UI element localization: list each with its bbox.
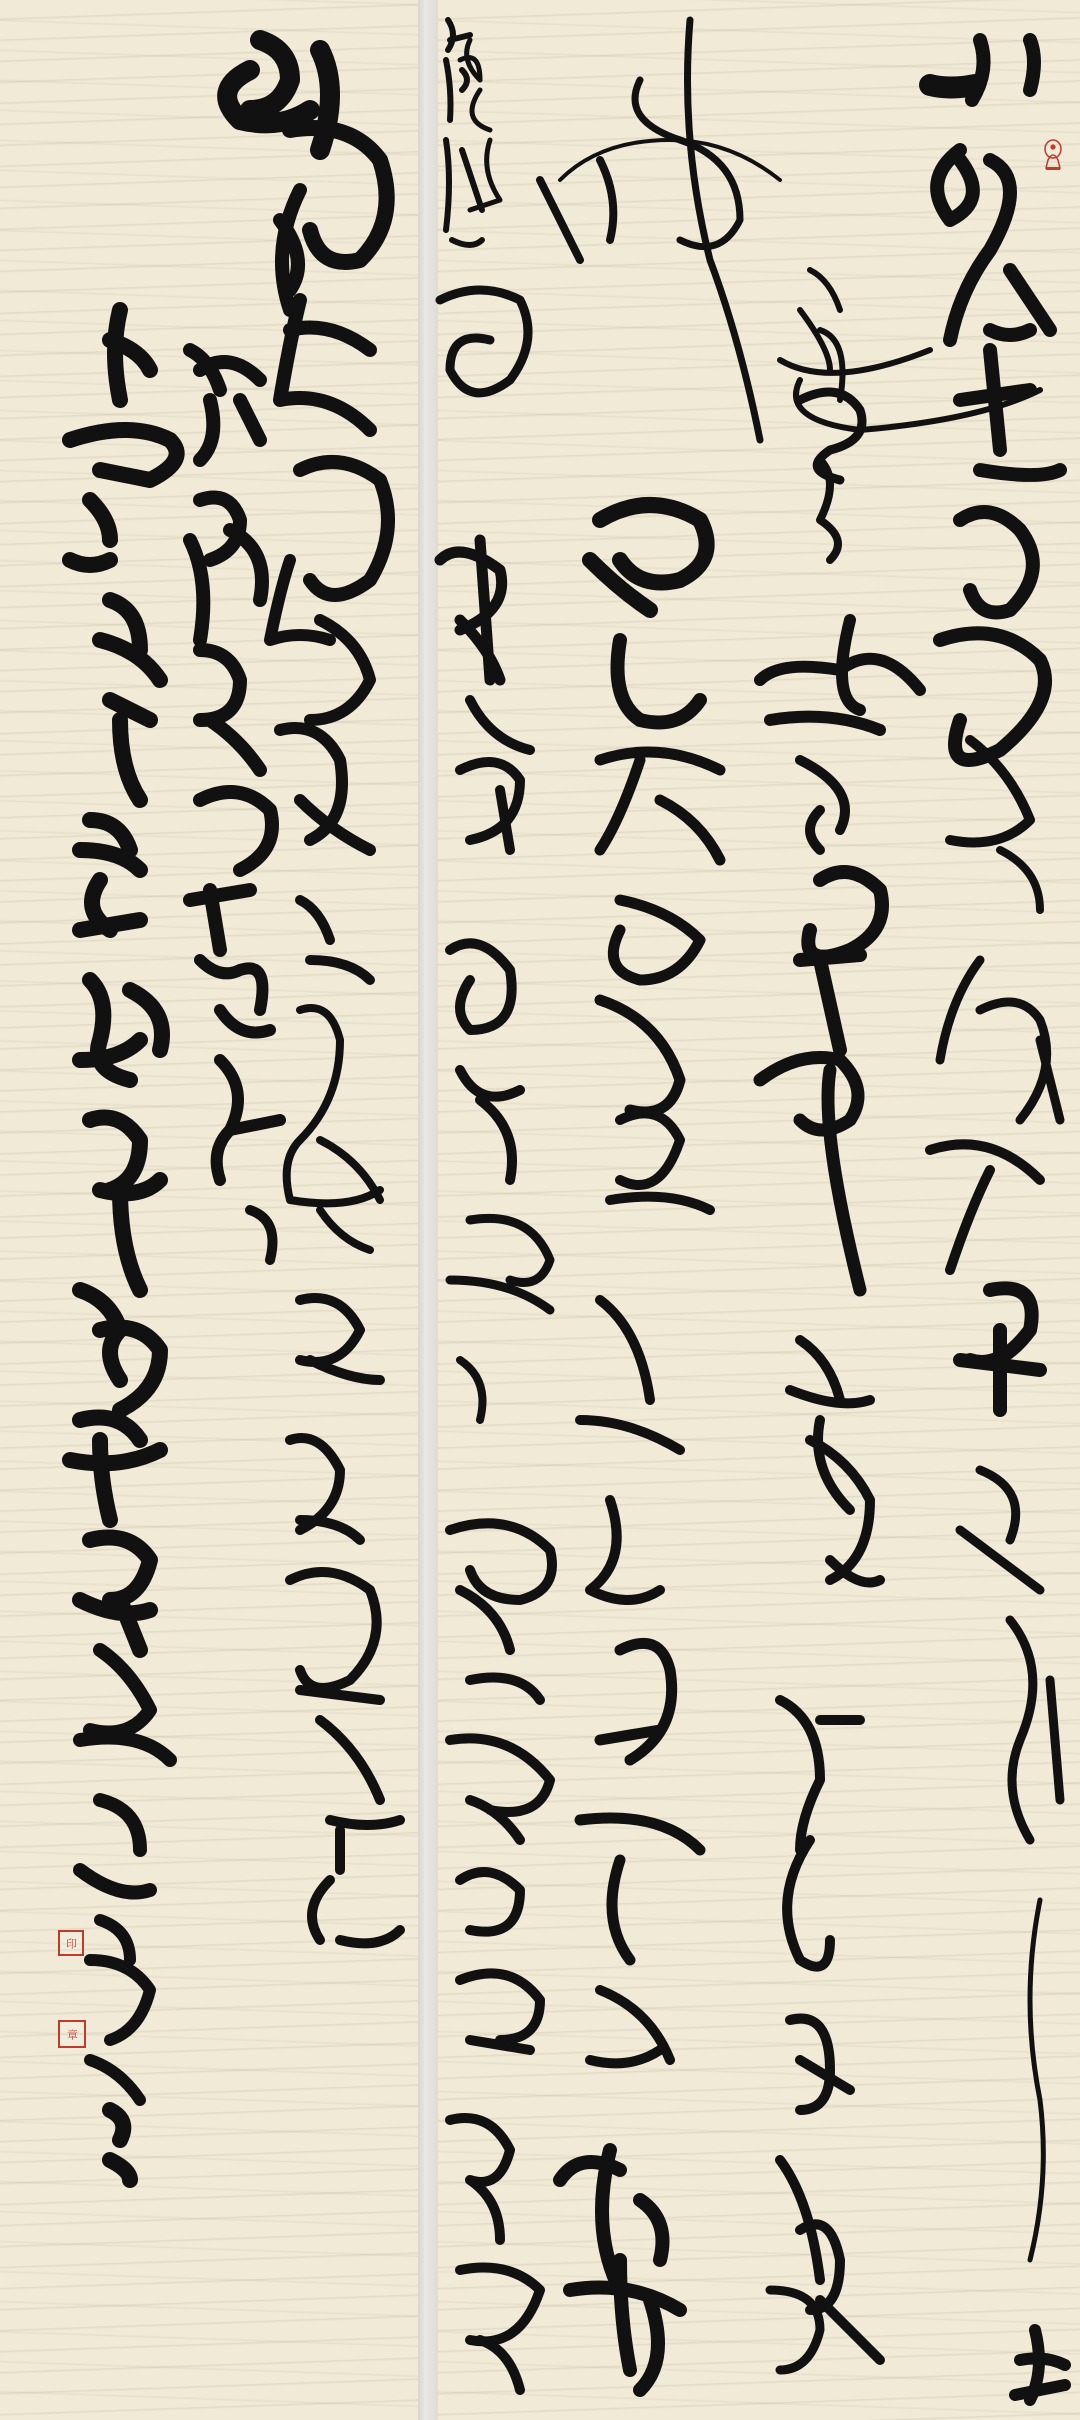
column-right-4: [440, 40, 552, 2390]
name-seal-top: 印: [58, 1930, 84, 1956]
name-seal-bottom: 章: [58, 2020, 86, 2048]
column-left-1: [227, 40, 400, 1943]
calligraphy-ink: [0, 0, 1080, 2420]
column-right-5: [446, 20, 482, 245]
column-left-3: [70, 310, 177, 2180]
buddha-seal-icon: [1040, 138, 1066, 172]
column-left-2: [190, 350, 280, 1260]
column-right-1: [930, 40, 1065, 2400]
column-right-3: [540, 20, 780, 2390]
column-right-2: [760, 270, 1040, 2370]
